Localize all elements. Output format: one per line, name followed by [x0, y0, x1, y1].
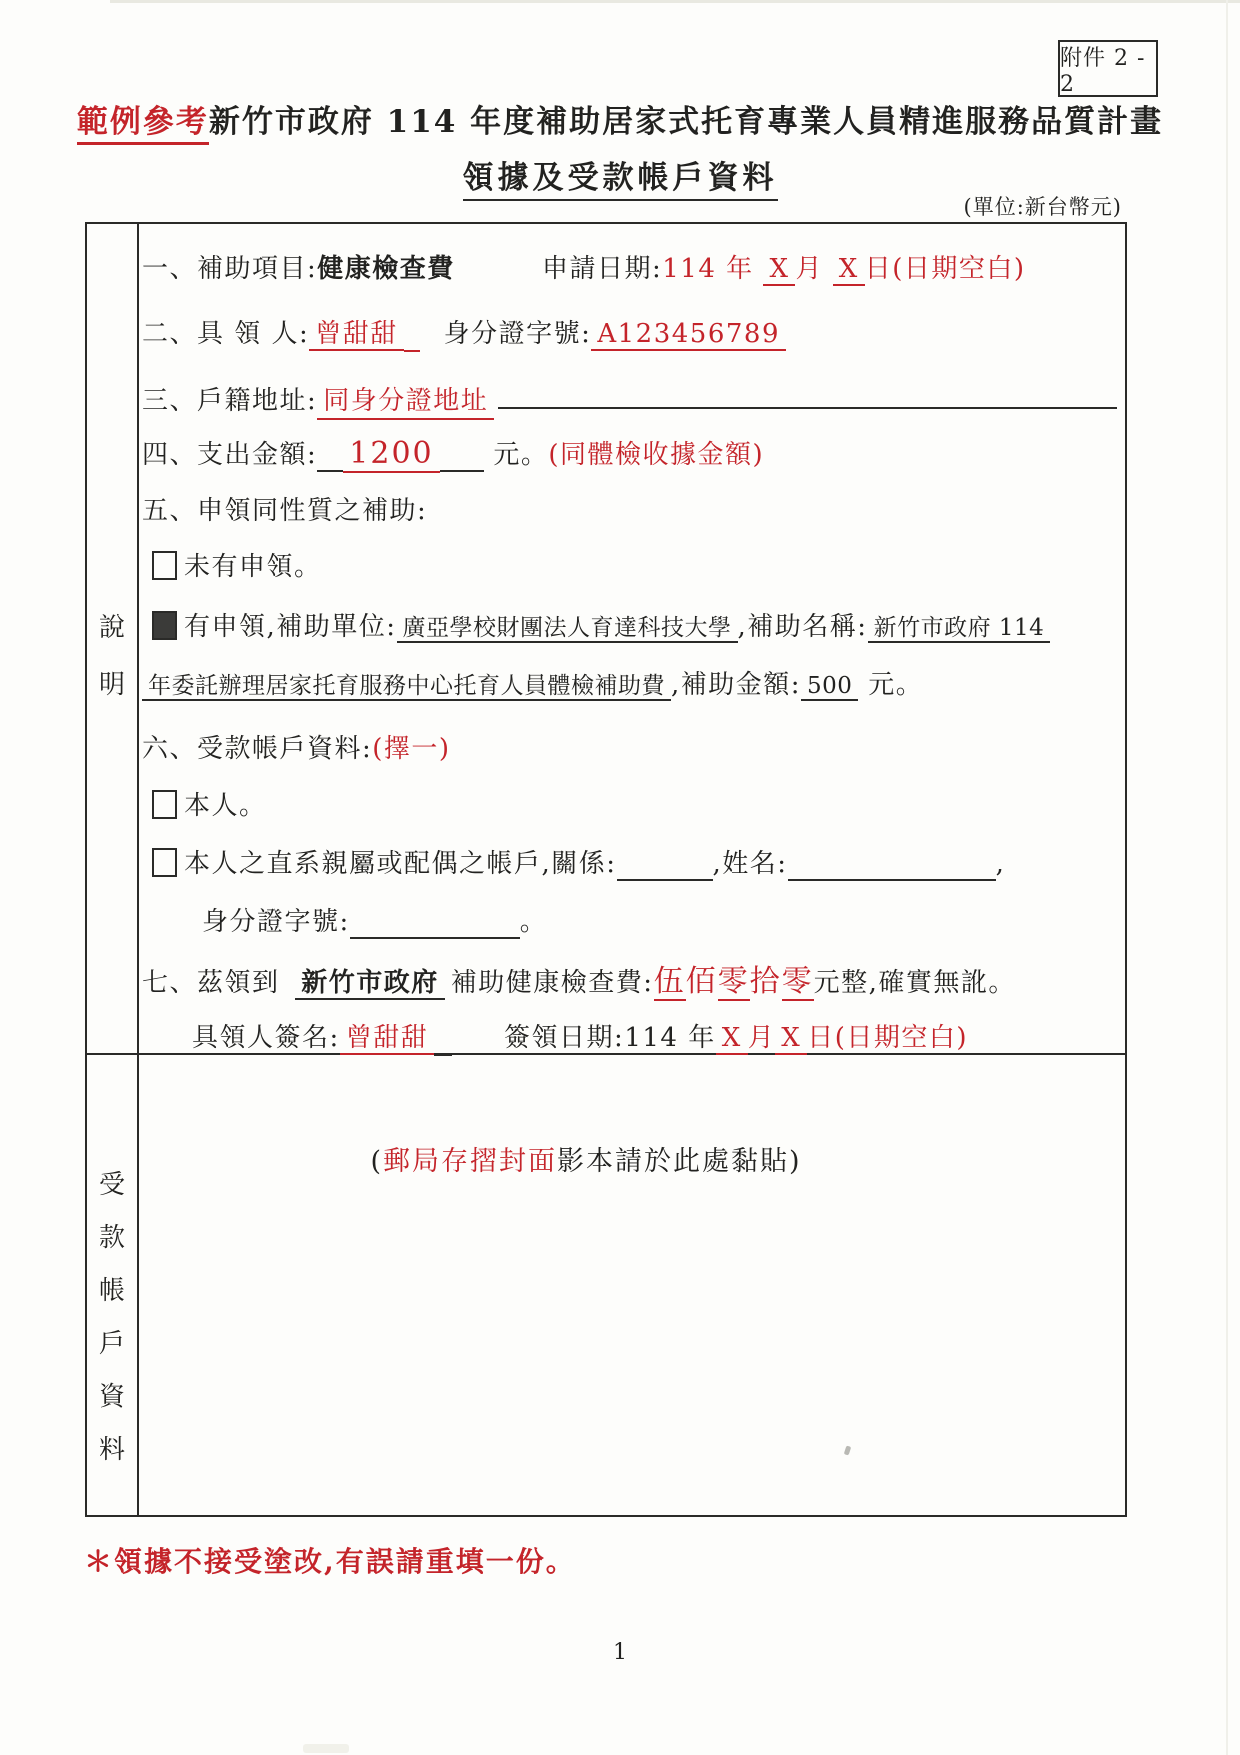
currency-unit-note: (單位:新台幣元): [964, 191, 1122, 221]
signature-underline-extension: [434, 1026, 452, 1056]
paste-note-open-paren: (: [370, 1146, 383, 1177]
option-not-claimed-label: 未有申領。: [184, 552, 322, 582]
option-claimed: 有申領,補助單位:廣亞學校財團法人育達科技大學,補助名稱:新竹市政府 114: [152, 610, 1050, 645]
field-receipt-statement: 七、茲領到 新竹市政府補助健康檢查費:伍佰零拾零元整,確實無訛。: [142, 965, 1016, 1000]
section1-label-char: 說: [87, 607, 137, 644]
field-subsidy-item: 一、補助項目:健康檢查費: [142, 252, 455, 286]
section2-label-char: 資: [87, 1376, 137, 1413]
sign-date-label: 簽領日期:: [504, 1023, 624, 1053]
option-self-account: 本人。: [152, 789, 267, 823]
field-recipient: 二、具 領 人:曾甜甜 身分證字號:A123456789: [142, 317, 786, 352]
same-type-subsidy-label: 五、申領同性質之補助:: [142, 496, 427, 526]
field-same-type-subsidy: 五、申領同性質之補助:: [142, 494, 427, 528]
option-claimed-prefix: 有申領,補助單位:: [184, 612, 397, 642]
attachment-tag: 附件 2 - 2: [1060, 41, 1156, 97]
amount-underline-right: [440, 442, 484, 472]
month-char: 月: [795, 254, 823, 284]
page-number: 1: [0, 1640, 1240, 1665]
form-table: 說 明 受 款 帳 戶 資 料 一、補助項目:健康檢查費 申請日期:114 年 …: [85, 222, 1127, 1517]
section2-label-char: 帳: [87, 1270, 137, 1307]
recipient-name-value: 曾甜甜: [309, 319, 404, 351]
section2-label-char: 料: [87, 1429, 137, 1466]
scanned-receipt-form: 附件 2 - 2 範例參考新竹市政府 114 年度補助居家式托育專業人員精進服務…: [0, 0, 1240, 1755]
subsidy-unit-value: 廣亞學校財團法人育達科技大學: [397, 615, 738, 643]
title-main-text: 新竹市政府 114 年度補助居家式托育專業人員精進服務品質計畫: [209, 104, 1163, 140]
table-vertical-divider: [137, 224, 139, 1515]
receipt-mid: 補助健康檢查費:: [451, 968, 654, 998]
subsidy-name-value-part2: 年委託辦理居家托育服務中心托育人員體檢補助費: [142, 673, 671, 701]
application-date-day-x: X: [833, 254, 865, 286]
paste-note-red-part: 郵局存摺封面: [383, 1146, 557, 1177]
subsidy-item-value: 健康檢查費: [317, 254, 455, 284]
attachment-tag-box: 附件 2 - 2: [1058, 40, 1158, 97]
application-date-note: (日期空白): [892, 254, 1025, 284]
name-underline-extension: [404, 322, 420, 352]
recipient-id-label: 身分證字號:: [444, 319, 592, 349]
checkbox-empty-icon: [152, 551, 177, 580]
sign-date-year: 114 年: [624, 1023, 715, 1053]
relative-name-label: ,姓名:: [713, 849, 788, 879]
relation-blank: [617, 851, 713, 881]
option-relative-account: 本人之直系親屬或配偶之帳戶,關係:,姓名:,: [152, 847, 1005, 881]
option-claimed-continuation: 年委託辦理居家托育服務中心托育人員體檢補助費,補助金額:500 元。: [142, 668, 923, 703]
signature-label: 具領人簽名:: [192, 1023, 340, 1053]
application-date-year: 114 年: [662, 254, 753, 284]
day-char: 日: [865, 254, 893, 284]
subsidy-name-value-part1: 新竹市政府 114: [868, 615, 1051, 643]
subtitle-text: 領據及受款帳戶資料: [463, 160, 778, 201]
page-title: 範例參考新竹市政府 114 年度補助居家式托育專業人員精進服務品質計畫: [0, 96, 1240, 141]
checkbox-empty-icon: [152, 790, 177, 819]
scan-artifact-top: [110, 0, 1240, 3]
address-blank-line: [498, 379, 1117, 409]
recipient-label: 二、具 領 人:: [142, 319, 309, 349]
relative-id-blank: [350, 909, 520, 939]
amount-char: 拾: [750, 964, 782, 999]
section2-label-char: 款: [87, 1217, 137, 1254]
sign-date-month-x: X: [716, 1023, 748, 1055]
amount-char: 零: [718, 964, 750, 1001]
option-not-claimed: 未有申領。: [152, 550, 322, 584]
sign-date-note: (日期空白): [835, 1023, 968, 1053]
relative-line-end: ,: [996, 849, 1006, 879]
field-relative-id: 身分證字號:。: [202, 905, 547, 939]
option-self-label: 本人。: [184, 791, 267, 821]
field-signature: 具領人簽名:曾甜甜 簽領日期:114 年X月X日(日期空白): [192, 1021, 968, 1056]
signature-value: 曾甜甜: [340, 1023, 435, 1055]
section1-label-char: 明: [87, 664, 137, 701]
section2-label-char: 戶: [87, 1323, 137, 1360]
subsidy-amount-value: 500: [801, 673, 858, 701]
application-date-month-x: X: [763, 254, 795, 286]
address-label: 三、戶籍地址:: [142, 384, 317, 418]
expense-note: (同體檢收據金額): [548, 440, 764, 470]
option-relative-label: 本人之直系親屬或配偶之帳戶,關係:: [184, 849, 617, 879]
footnote-warning: ＊領據不接受塗改,有誤請重填一份。: [84, 1540, 576, 1580]
relative-id-end: 。: [520, 907, 548, 937]
amount-char: 零: [782, 964, 814, 1001]
payee-account-label: 六、受款帳戶資料:: [142, 734, 372, 764]
amount-char: 佰: [686, 964, 718, 999]
subsidy-item-label: 一、補助項目:: [142, 254, 317, 284]
application-date-label: 申請日期:: [542, 254, 662, 284]
expense-suffix: 元。: [493, 440, 548, 470]
checkbox-empty-icon: [152, 848, 177, 877]
subsidy-amount-suffix: 元。: [868, 670, 923, 700]
choose-one-note: (擇一): [372, 734, 450, 764]
relative-id-label: 身分證字號:: [202, 907, 350, 937]
receipt-prefix: 七、茲領到: [142, 968, 280, 998]
field-application-date: 申請日期:114 年 X月 X日(日期空白): [542, 252, 1026, 286]
field-payee-account: 六、受款帳戶資料:(擇一): [142, 732, 451, 766]
sign-date-day-x: X: [775, 1023, 807, 1055]
scan-artifact-bottom: [303, 1744, 349, 1753]
month-char: 月: [748, 1023, 776, 1053]
address-value: 同身分證地址: [317, 384, 494, 420]
receipt-suffix: 元整,確實無訛。: [814, 968, 1016, 998]
day-char: 日: [807, 1023, 835, 1053]
checkbox-filled-icon: [152, 611, 177, 640]
subsidy-amount-label: ,補助金額:: [671, 670, 801, 700]
relative-name-blank: [788, 851, 996, 881]
paste-area-note: (郵局存摺封面影本請於此處黏貼): [67, 1139, 1105, 1178]
paste-note-close-paren: ): [789, 1146, 802, 1177]
amount-char: 伍: [654, 964, 686, 1001]
scan-artifact-dot: [844, 1445, 852, 1455]
title-sample-reference: 範例參考: [77, 104, 209, 145]
expense-label: 四、支出金額:: [142, 440, 317, 470]
field-registered-address: 三、戶籍地址:同身分證地址: [142, 379, 1117, 420]
amount-underline-left: [317, 442, 343, 472]
subsidy-name-label: ,補助名稱:: [738, 612, 868, 642]
field-expense-amount: 四、支出金額:1200 元。(同體檢收據金額): [142, 437, 764, 472]
agency-name: 新竹市政府: [295, 968, 445, 1000]
paste-note-black-part: 影本請於此處黏貼: [557, 1146, 789, 1177]
scan-artifact-right: [1226, 0, 1228, 1755]
expense-amount-value: 1200: [343, 436, 439, 473]
recipient-id-value: A123456789: [591, 319, 786, 351]
